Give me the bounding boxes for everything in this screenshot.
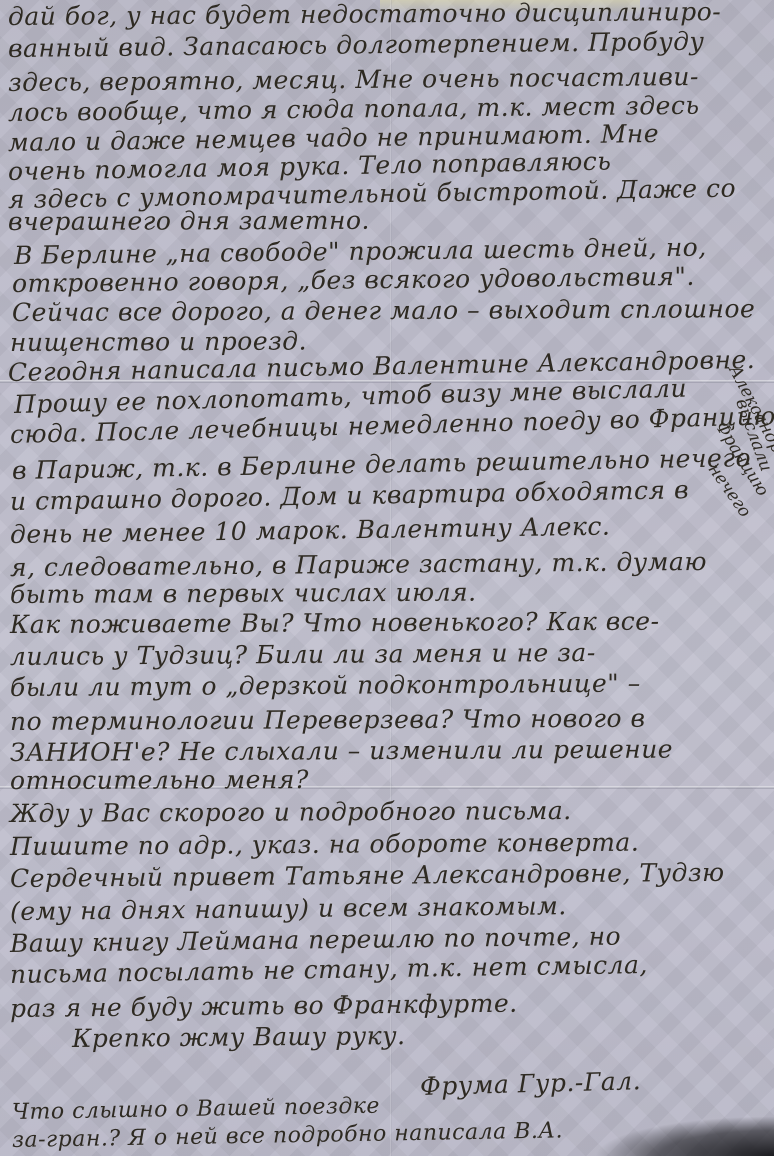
letter-line: день не менее 10 марок. Валентину Алекс. bbox=[10, 512, 611, 549]
letter-line: были ли тут о „дерзкой подконтрольнице" … bbox=[10, 669, 641, 702]
letter-line: по терминологии Переверзева? Что нового … bbox=[10, 704, 646, 736]
postscript-line: Что слышно о Вашей поездке bbox=[12, 1094, 380, 1125]
letter-line: Сердечный привет Татьяне Александровне, … bbox=[10, 858, 725, 893]
letter-line: относительно меня? bbox=[10, 765, 309, 795]
letter-line: быть там в первых числах июля. bbox=[10, 578, 477, 609]
letter-line: я, следовательно, в Париже застану, т.к.… bbox=[10, 547, 707, 582]
letter-page: дай бог, у нас будет недостаточно дисцип… bbox=[0, 0, 774, 1156]
letter-line: лились у Тудзиц? Били ли за меня и не за… bbox=[10, 638, 596, 671]
letter-line: Сейчас все дорого, а денег мало – выходи… bbox=[12, 294, 755, 327]
letter-line: раз я не буду жить во Франкфурте. bbox=[10, 989, 518, 1023]
letter-line: ванный вид. Запасаюсь долготерпением. Пр… bbox=[8, 27, 705, 63]
letter-line: дай бог, у нас будет недостаточно дисцип… bbox=[8, 0, 721, 31]
letter-line: ЗАНИОН'е? Не слыхали – изменили ли решен… bbox=[10, 735, 673, 767]
postscript-line: за-гран.? Я о ней все подробно написала … bbox=[12, 1118, 563, 1153]
page-corner-shadow bbox=[594, 1116, 774, 1156]
letter-line: вчерашнего дня заметно. bbox=[8, 206, 370, 236]
letter-line: Как поживаете Вы? Что новенького? Как вс… bbox=[10, 607, 660, 639]
letter-line: Жду у Вас скорого и подробного письма. bbox=[10, 796, 572, 828]
letter-closing: Крепко жму Вашу руку. bbox=[72, 1021, 406, 1053]
letter-line: (ему на днях напишу) и всем знакомым. bbox=[10, 891, 567, 926]
letter-line: Пишите по адр., указ. на обороте конверт… bbox=[10, 828, 639, 861]
signature: Фрума Гур.-Гал. bbox=[420, 1066, 642, 1101]
letter-line: нищенство и проезд. bbox=[10, 326, 307, 357]
letter-line: откровенно говоря, „без всякого удовольс… bbox=[12, 262, 695, 298]
